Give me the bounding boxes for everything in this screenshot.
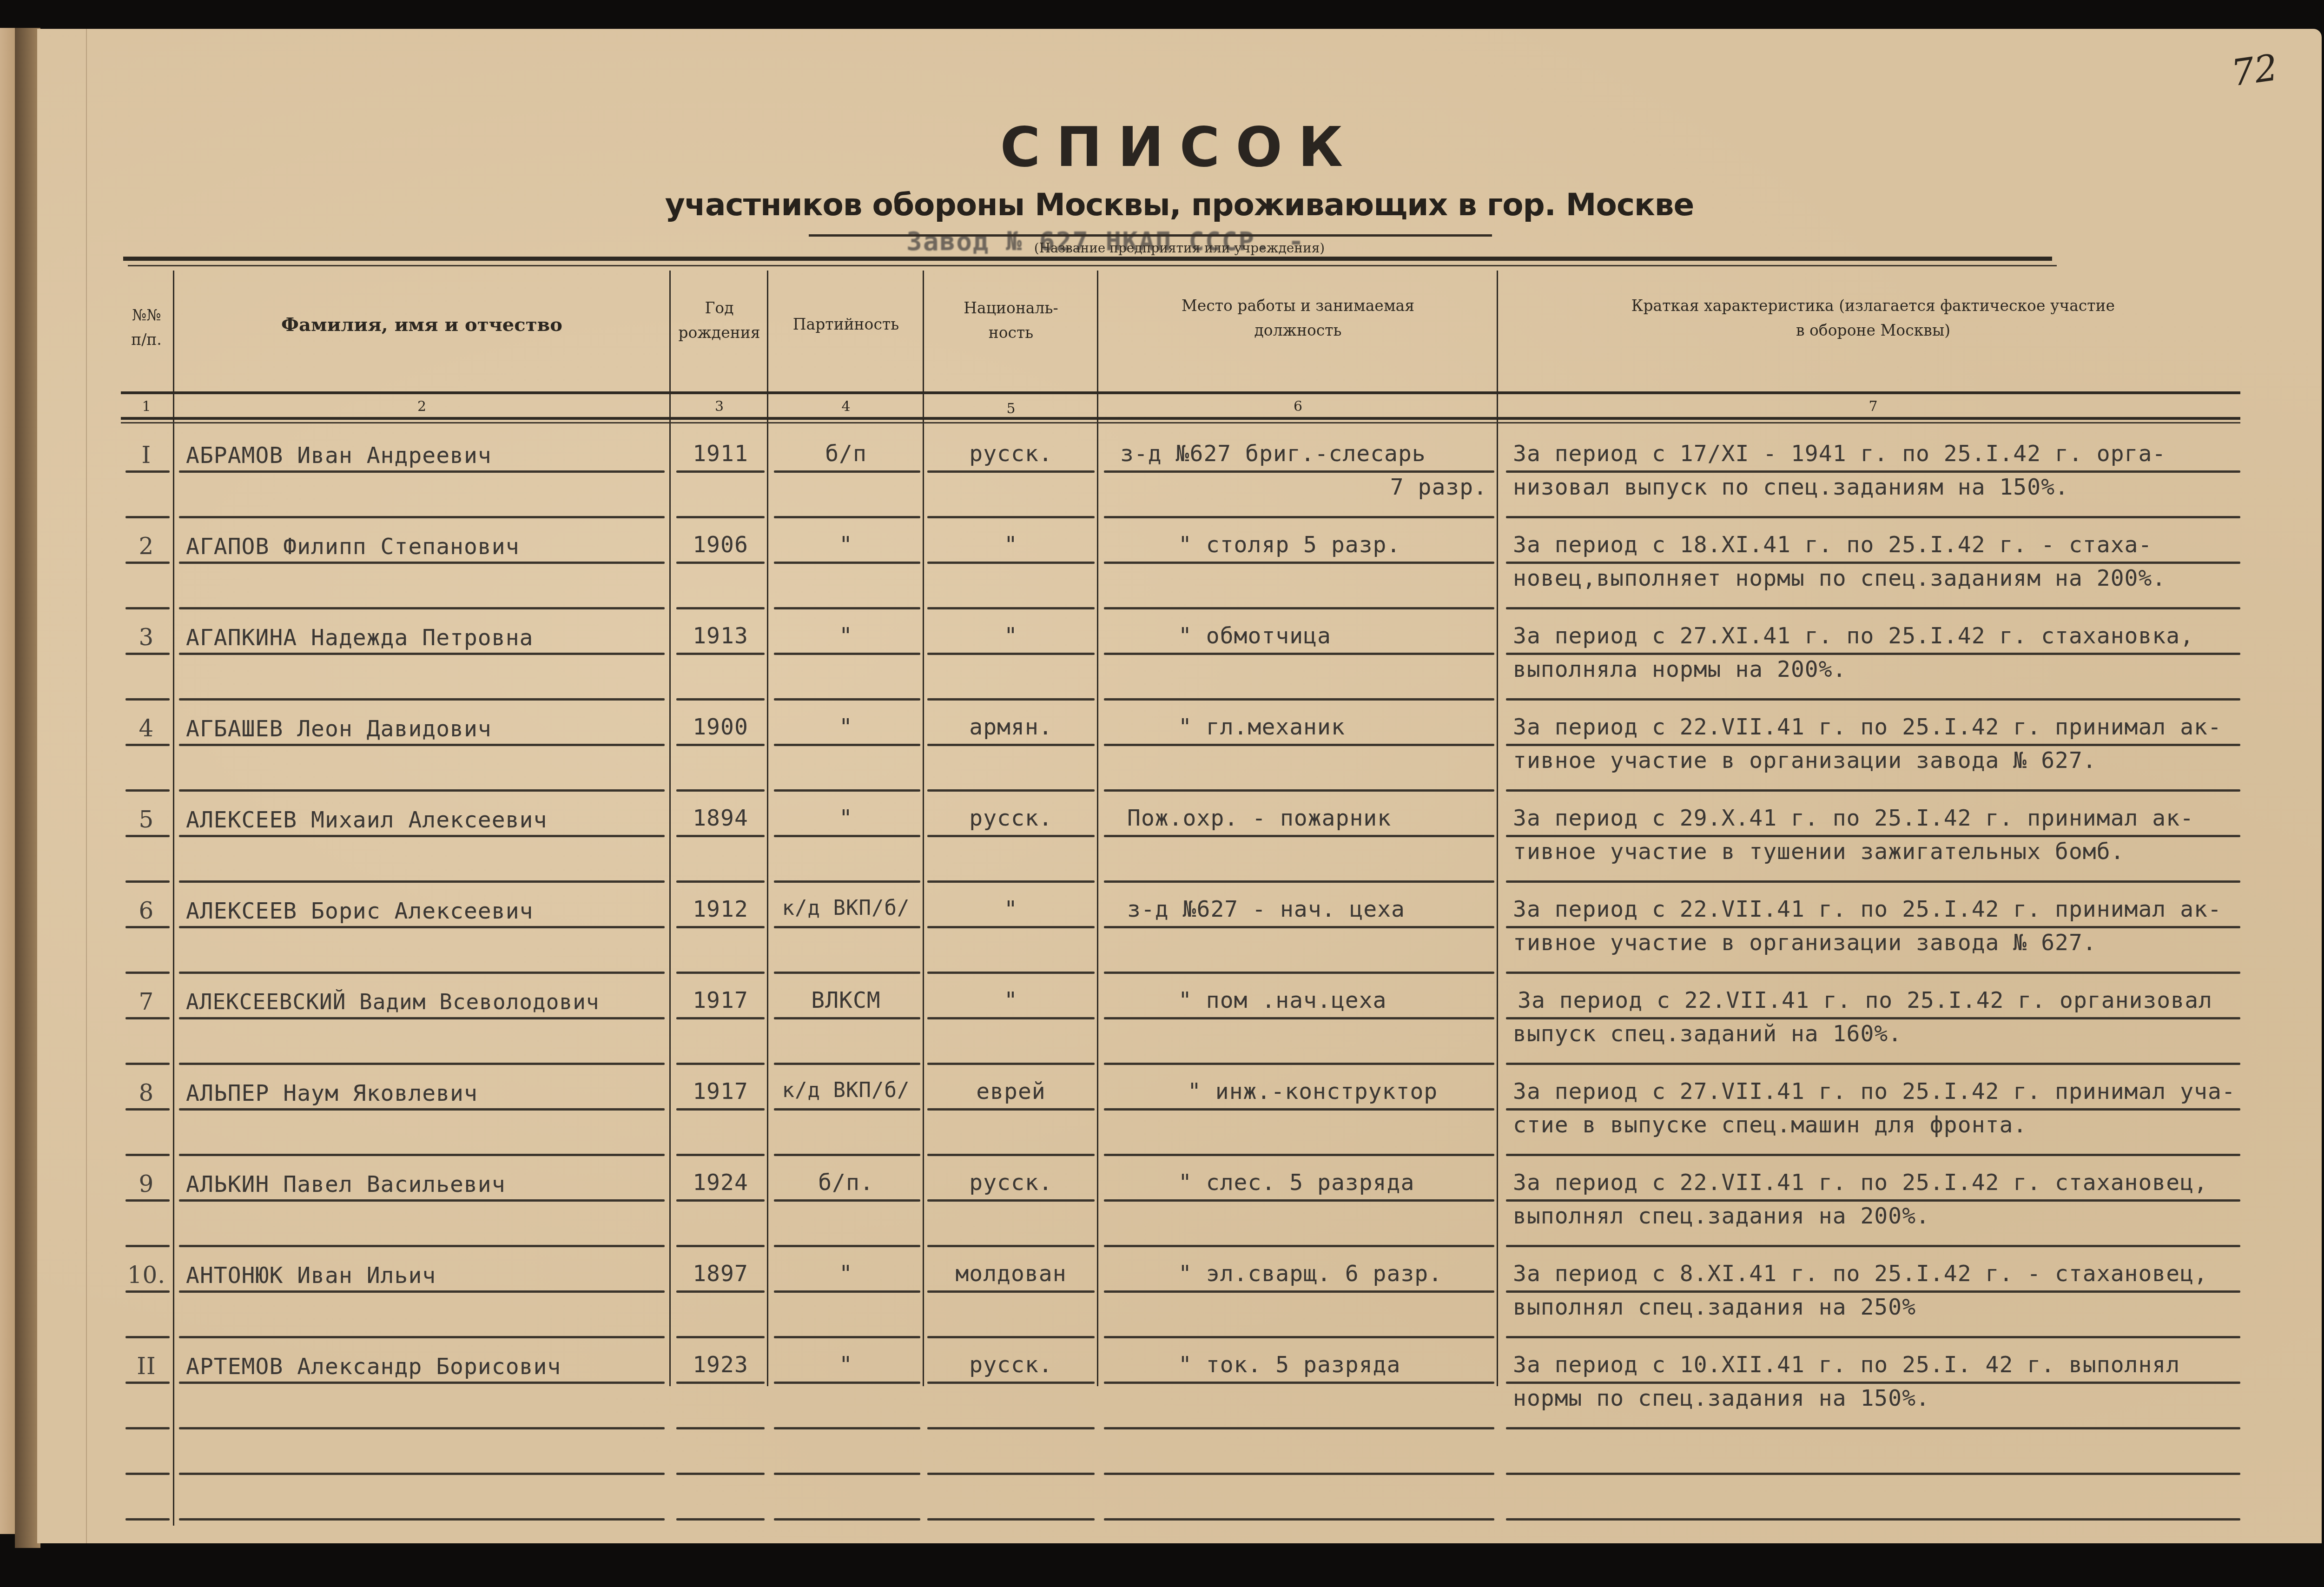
ruled-line: [1506, 926, 2240, 928]
row-number: 7: [125, 988, 167, 1015]
ruled-line: [927, 1473, 1095, 1475]
ruled-line: [1506, 562, 2240, 564]
ruled-line: [1104, 1199, 1494, 1202]
description-line1: За период с 29.X.41 г. по 25.I.42 г. при…: [1513, 805, 2194, 831]
ruled-line: [927, 1108, 1095, 1111]
description-line2: тивное участие в тушении зажигательных б…: [1513, 839, 2125, 865]
ruled-line: [1104, 1473, 1494, 1475]
nationality: ": [925, 896, 1097, 922]
ruled-line: [125, 470, 170, 473]
ruled-line: [179, 1017, 665, 1019]
description-line1: За период с 22.VII.41 г. по 25.I.42 г. п…: [1513, 896, 2222, 922]
description-line2: низовал выпуск по спец.заданиям на 150%.: [1513, 474, 2069, 500]
ruled-line: [1104, 880, 1494, 883]
table-row: 5 АЛЕКСЕЕВ Михаил Алексеевич 1894 " русс…: [37, 792, 2322, 883]
table-top-rule-thin: [128, 265, 2057, 266]
ruled-line: [179, 1199, 665, 1202]
ruled-line: [774, 789, 920, 792]
ruled-line: [1506, 789, 2240, 792]
ruled-line: [179, 835, 665, 837]
work-position: " эл.сварщ. 6 разр.: [1178, 1261, 1442, 1287]
col-number-3: 3: [672, 398, 767, 415]
birth-year: 1913: [674, 623, 767, 649]
ruled-line: [1104, 653, 1494, 655]
nationality: русск.: [925, 1352, 1097, 1378]
document-subtitle: участников обороны Москвы, проживающих в…: [37, 187, 2322, 223]
nationality: молдован: [925, 1261, 1097, 1287]
person-name: АРТЕМОВ Александр Борисович: [186, 1354, 561, 1380]
description-line2: выполнял спец.задания на 250%: [1513, 1294, 1916, 1320]
ruled-line: [125, 1063, 170, 1065]
col-number-2: 2: [177, 398, 667, 415]
ruled-line: [125, 1427, 170, 1429]
ruled-line: [125, 789, 170, 792]
header-col-5: Националь- ность: [925, 296, 1097, 345]
ruled-line: [774, 1290, 920, 1293]
ruled-line: [774, 744, 920, 746]
ruled-line: [125, 880, 170, 883]
ruled-line: [179, 1063, 665, 1065]
ruled-line: [179, 698, 665, 701]
person-name: АГАПКИНА Надежда Петровна: [186, 625, 533, 651]
row-number: 9: [125, 1170, 167, 1197]
organization-caption: (Название предприятия или учреждения): [37, 240, 2322, 256]
nationality: еврей: [925, 1078, 1097, 1104]
ruled-line: [676, 1154, 765, 1156]
header-col-4: Партийность: [769, 312, 923, 337]
person-name: АЛЕКСЕЕВСКИЙ Вадим Всеволодович: [186, 989, 600, 1014]
person-name: АБРАМОВ Иван Андреевич: [186, 443, 492, 469]
header-col-1-line1: №№: [121, 303, 172, 328]
ruled-line: [125, 835, 170, 837]
ruled-line: [676, 516, 765, 518]
ruled-line: [1104, 1427, 1494, 1429]
description-line1: За период с 10.XII.41 г. по 25.I. 42 г. …: [1513, 1352, 2180, 1378]
ruled-line: [927, 1154, 1095, 1156]
ruled-line: [774, 972, 920, 974]
document-title: СПИСОК: [37, 115, 2322, 179]
ruled-line: [1506, 1382, 2240, 1384]
ruled-line: [927, 744, 1095, 746]
header-col-7-line1: Краткая характеристика (излагается факти…: [1501, 294, 2245, 318]
ruled-line: [125, 607, 170, 609]
ruled-line: [927, 1382, 1095, 1384]
numbers-bottom-rule: [121, 417, 2240, 420]
ruled-line: [125, 698, 170, 701]
party: ": [772, 532, 920, 558]
ruled-line: [1104, 1518, 1494, 1521]
ruled-line: [927, 1199, 1095, 1202]
ruled-line: [1506, 880, 2240, 883]
description-line1: За период с 17/XI - 1941 г. по 25.I.42 г…: [1513, 441, 2166, 467]
header-col-7: Краткая характеристика (излагается факти…: [1501, 294, 2245, 343]
ruled-line: [1506, 1108, 2240, 1111]
description-line2: выполняла нормы на 200%.: [1513, 656, 1847, 682]
description-line2: тивное участие в организации завода № 62…: [1513, 930, 2097, 956]
ruled-line: [179, 744, 665, 746]
ruled-line: [1104, 1063, 1494, 1065]
ruled-line: [179, 653, 665, 655]
work-position-cont: 7 разр.: [1120, 474, 1487, 500]
header-col-6: Место работы и занимаемая должность: [1099, 294, 1497, 343]
ruled-line: [1506, 653, 2240, 655]
header-col-5-line1: Националь-: [925, 296, 1097, 321]
ruled-line: [179, 880, 665, 883]
description-line1: За период с 8.XI.41 г. по 25.I.42 г. - с…: [1513, 1261, 2208, 1287]
ruled-line: [927, 880, 1095, 883]
ruled-line: [1506, 1427, 2240, 1429]
person-name: АГАПОВ Филипп Степанович: [186, 534, 520, 560]
ruled-line: [774, 926, 920, 928]
ruled-line: [927, 1063, 1095, 1065]
ruled-line: [179, 1108, 665, 1111]
row-number: 6: [125, 897, 167, 924]
birth-year: 1894: [674, 805, 767, 831]
ruled-line: [1506, 744, 2240, 746]
col-number-1: 1: [121, 398, 172, 415]
ruled-line: [1104, 926, 1494, 928]
ruled-line: [676, 1199, 765, 1202]
work-position: з-д №627 - нач. цеха: [1127, 896, 1405, 922]
description-line1: За период с 27.VII.41 г. по 25.I.42 г. п…: [1513, 1078, 2236, 1104]
ruled-line: [676, 926, 765, 928]
ruled-line: [1104, 698, 1494, 701]
party: ": [772, 623, 920, 649]
ruled-line: [774, 1245, 920, 1247]
table-row: 4 АГБАШЕВ Леон Давидович 1900 " армян. "…: [37, 701, 2322, 792]
person-name: АГБАШЕВ Леон Давидович: [186, 716, 492, 742]
ruled-line: [774, 1518, 920, 1521]
ruled-line: [1104, 1154, 1494, 1156]
ruled-line: [179, 470, 665, 473]
person-name: АЛЕКСЕЕВ Михаил Алексеевич: [186, 807, 547, 833]
ruled-line: [179, 1245, 665, 1247]
ruled-line: [125, 1199, 170, 1202]
work-position: " слес. 5 разряда: [1178, 1170, 1414, 1196]
table-row: 8 АЛЬПЕР Наум Яковлевич 1917 к/д ВКП/б/ …: [37, 1065, 2322, 1157]
ruled-line: [927, 1518, 1095, 1521]
ruled-line: [676, 1017, 765, 1019]
ruled-line: [1104, 744, 1494, 746]
nationality: ": [925, 987, 1097, 1013]
ruled-line: [125, 1473, 170, 1475]
ruled-line: [676, 562, 765, 564]
ruled-line: [774, 1108, 920, 1111]
birth-year: 1911: [674, 441, 767, 467]
ruled-line: [1104, 789, 1494, 792]
birth-year: 1897: [674, 1261, 767, 1287]
ruled-line: [179, 789, 665, 792]
ruled-line: [1104, 562, 1494, 564]
ruled-line: [774, 516, 920, 518]
ruled-line: [676, 1290, 765, 1293]
ruled-line: [125, 1336, 170, 1338]
ruled-line: [927, 1427, 1095, 1429]
ruled-line: [676, 607, 765, 609]
col-number-5: 5: [925, 401, 1097, 417]
header-col-3-line1: Год: [672, 296, 767, 321]
work-position: " обмотчица: [1178, 623, 1331, 649]
description-line2: новец,выполняет нормы по спец.заданиям н…: [1513, 565, 2166, 591]
header-col-1: №№ п/п.: [121, 303, 172, 352]
description-line2: выпуск спец.заданий на 160%.: [1513, 1021, 1902, 1047]
ruled-line: [179, 607, 665, 609]
work-position: " столяр 5 разр.: [1178, 532, 1400, 558]
ruled-line: [179, 1473, 665, 1475]
ruled-line: [676, 653, 765, 655]
ruled-line: [774, 607, 920, 609]
ruled-line: [676, 1382, 765, 1384]
organization-underline: [809, 234, 1492, 237]
description-line2: стие в выпуске спец.машин для фронта.: [1513, 1112, 2027, 1138]
ruled-line: [676, 1063, 765, 1065]
ruled-line: [927, 470, 1095, 473]
ruled-line: [774, 1017, 920, 1019]
ruled-line: [676, 1245, 765, 1247]
header-col-6-line2: должность: [1099, 318, 1497, 343]
row-number: 8: [125, 1079, 167, 1106]
col-number-7: 7: [1501, 398, 2245, 415]
ruled-line: [927, 516, 1095, 518]
ruled-line: [676, 880, 765, 883]
header-col-1-line2: п/п.: [121, 328, 172, 352]
description-line2: тивное участие в организации завода № 62…: [1513, 747, 2097, 774]
ruled-line: [1506, 835, 2240, 837]
ruled-line: [1506, 470, 2240, 473]
nationality: ": [925, 532, 1097, 558]
ruled-line: [927, 972, 1095, 974]
ruled-line: [927, 926, 1095, 928]
ruled-line: [1506, 1199, 2240, 1202]
ruled-line: [1506, 1290, 2240, 1293]
ruled-line: [927, 1336, 1095, 1338]
party: ВЛКСМ: [772, 987, 920, 1013]
ruled-line: [676, 1518, 765, 1521]
ruled-line: [125, 653, 170, 655]
table-row: II АРТЕМОВ Александр Борисович 1923 " ру…: [37, 1339, 2322, 1430]
ruled-line: [676, 698, 765, 701]
table-row: 3 АГАПКИНА Надежда Петровна 1913 " " " о…: [37, 610, 2322, 701]
row-number: II: [125, 1353, 167, 1380]
ruled-line: [179, 1154, 665, 1156]
header-col-2: Фамилия, имя и отчество: [177, 310, 667, 340]
ruled-line: [1506, 698, 2240, 701]
ruled-line: [927, 835, 1095, 837]
ruled-line: [179, 1382, 665, 1384]
ruled-line: [179, 972, 665, 974]
numbers-bottom-rule-thin: [121, 422, 2240, 423]
ruled-line: [774, 880, 920, 883]
birth-year: 1906: [674, 532, 767, 558]
ruled-line: [125, 972, 170, 974]
ruled-line: [1104, 516, 1494, 518]
ruled-line: [1104, 972, 1494, 974]
party: ": [772, 1352, 920, 1378]
ruled-line: [1104, 1382, 1494, 1384]
table-row: 9 АЛЬКИН Павел Васильевич 1924 б/п. русс…: [37, 1157, 2322, 1248]
header-col-3-line2: рождения: [672, 321, 767, 345]
ruled-line: [1104, 1245, 1494, 1247]
description-line1: За период с 18.XI.41 г. по 25.I.42 г. - …: [1513, 532, 2152, 558]
ruled-line: [125, 744, 170, 746]
ruled-line: [774, 1427, 920, 1429]
row-number: 3: [125, 624, 167, 651]
birth-year: 1917: [674, 1078, 767, 1104]
ruled-line: [774, 1336, 920, 1338]
ruled-line: [179, 1518, 665, 1521]
birth-year: 1923: [674, 1352, 767, 1378]
ruled-line: [676, 789, 765, 792]
person-name: АЛЬКИН Павел Васильевич: [186, 1171, 506, 1197]
ruled-line: [125, 1108, 170, 1111]
ruled-line: [179, 562, 665, 564]
work-position: " пом .нач.цеха: [1178, 987, 1386, 1013]
party: к/д ВКП/б/: [769, 896, 923, 920]
header-col-7-line2: в обороне Москвы): [1501, 318, 2245, 343]
description-line1: За период с 27.XI.41 г. по 25.I.42 г. ст…: [1513, 623, 2194, 649]
ruled-line: [1506, 516, 2240, 518]
ruled-line: [125, 1154, 170, 1156]
header-col-3: Год рождения: [672, 296, 767, 345]
birth-year: 1900: [674, 714, 767, 740]
ruled-line: [1104, 1108, 1494, 1111]
nationality: русск.: [925, 1170, 1097, 1196]
ruled-line: [774, 1382, 920, 1384]
table-row: 7 АЛЕКСЕЕВСКИЙ Вадим Всеволодович 1917 В…: [37, 974, 2322, 1065]
table-row: I АБРАМОВ Иван Андреевич 1911 б/п русск.…: [37, 428, 2322, 519]
ruled-line: [125, 562, 170, 564]
ruled-line: [774, 1154, 920, 1156]
ruled-line: [1506, 1154, 2240, 1156]
description-line1: За период с 22.VII.41 г. по 25.I.42 г. с…: [1513, 1170, 2208, 1196]
ruled-line: [1506, 1063, 2240, 1065]
ruled-line: [179, 1427, 665, 1429]
ruled-line: [927, 789, 1095, 792]
ruled-line: [774, 1199, 920, 1202]
person-name: АЛЬПЕР Наум Яковлевич: [186, 1080, 478, 1106]
description-line2: выполнял спец.задания на 200%.: [1513, 1203, 1930, 1229]
ruled-line: [927, 607, 1095, 609]
birth-year: 1917: [674, 987, 767, 1013]
party: б/п.: [772, 1170, 920, 1196]
ruled-line: [1104, 1017, 1494, 1019]
ruled-line: [927, 653, 1095, 655]
ruled-line: [774, 698, 920, 701]
ruled-line: [927, 562, 1095, 564]
ruled-line: [676, 744, 765, 746]
ruled-line: [1104, 470, 1494, 473]
ruled-line: [676, 1336, 765, 1338]
birth-year: 1912: [674, 896, 767, 922]
row-number: 4: [125, 715, 167, 742]
work-position: з-д №627 бриг.-слесарь: [1120, 441, 1426, 467]
folio-number: 72: [2229, 47, 2280, 95]
ruled-line: [774, 562, 920, 564]
ruled-line: [125, 1382, 170, 1384]
ruled-line: [179, 1336, 665, 1338]
col-number-6: 6: [1099, 398, 1497, 415]
nationality: армян.: [925, 714, 1097, 740]
description-line1: За период с 22.VII.41 г. по 25.I.42 г. о…: [1518, 987, 2212, 1013]
ruled-line: [676, 1427, 765, 1429]
header-col-6-line1: Место работы и занимаемая: [1099, 294, 1497, 318]
ruled-line: [927, 698, 1095, 701]
nationality: ": [925, 623, 1097, 649]
ruled-line: [125, 516, 170, 518]
ruled-line: [1506, 1473, 2240, 1475]
row-number: I: [125, 442, 167, 469]
ruled-line: [676, 835, 765, 837]
ruled-line: [125, 1245, 170, 1247]
ruled-line: [1104, 1336, 1494, 1338]
person-name: АНТОНЮК Иван Ильич: [186, 1263, 436, 1289]
row-number: 2: [125, 533, 167, 560]
ruled-line: [676, 470, 765, 473]
ruled-line: [1104, 1290, 1494, 1293]
document-page: 72 СПИСОК участников обороны Москвы, про…: [37, 29, 2322, 1543]
nationality: русск.: [925, 441, 1097, 467]
ruled-line: [125, 1518, 170, 1521]
ruled-line: [774, 1063, 920, 1065]
ruled-line: [1506, 1336, 2240, 1338]
table-row: 2 АГАПОВ Филипп Степанович 1906 " " " ст…: [37, 519, 2322, 610]
ruled-line: [1104, 607, 1494, 609]
header-col-5-line2: ность: [925, 321, 1097, 345]
ruled-line: [676, 1108, 765, 1111]
birth-year: 1924: [674, 1170, 767, 1196]
work-position: Пож.охр. - пожарник: [1127, 805, 1391, 831]
ruled-line: [1506, 1518, 2240, 1521]
ruled-line: [1506, 607, 2240, 609]
row-number: 10.: [125, 1262, 167, 1289]
ruled-line: [927, 1017, 1095, 1019]
ruled-line: [1506, 1017, 2240, 1019]
ruled-line: [676, 1473, 765, 1475]
row-number: 5: [125, 806, 167, 833]
description-line1: За период с 22.VII.41 г. по 25.I.42 г. п…: [1513, 714, 2222, 740]
ruled-line: [1506, 1245, 2240, 1247]
ruled-line: [774, 835, 920, 837]
ruled-line: [774, 1473, 920, 1475]
ruled-line: [125, 926, 170, 928]
table-top-rule: [123, 257, 2052, 261]
binding-shadow: [15, 28, 40, 1548]
ruled-line: [179, 516, 665, 518]
party: к/д ВКП/б/: [769, 1078, 923, 1102]
header-bottom-rule: [121, 391, 2240, 394]
ruled-line: [125, 1017, 170, 1019]
ruled-line: [1104, 835, 1494, 837]
table-row: 6 АЛЕКСЕЕВ Борис Алексеевич 1912 к/д ВКП…: [37, 883, 2322, 974]
party: ": [772, 714, 920, 740]
party: ": [772, 1261, 920, 1287]
ruled-line: [179, 1290, 665, 1293]
ruled-line: [927, 1290, 1095, 1293]
table-row: 10. АНТОНЮК Иван Ильич 1897 " молдован "…: [37, 1248, 2322, 1339]
description-line2: нормы по спец.задания на 150%.: [1513, 1385, 1930, 1411]
work-position: " инж.-конструктор: [1188, 1078, 1438, 1104]
person-name: АЛЕКСЕЕВ Борис Алексеевич: [186, 898, 533, 924]
work-position: " гл.механик: [1178, 714, 1345, 740]
ruled-line: [125, 1290, 170, 1293]
ruled-line: [927, 1245, 1095, 1247]
ruled-line: [676, 972, 765, 974]
ruled-line: [774, 653, 920, 655]
ruled-line: [1506, 972, 2240, 974]
party: б/п: [772, 441, 920, 467]
work-position: " ток. 5 разряда: [1178, 1352, 1400, 1378]
party: ": [772, 805, 920, 831]
